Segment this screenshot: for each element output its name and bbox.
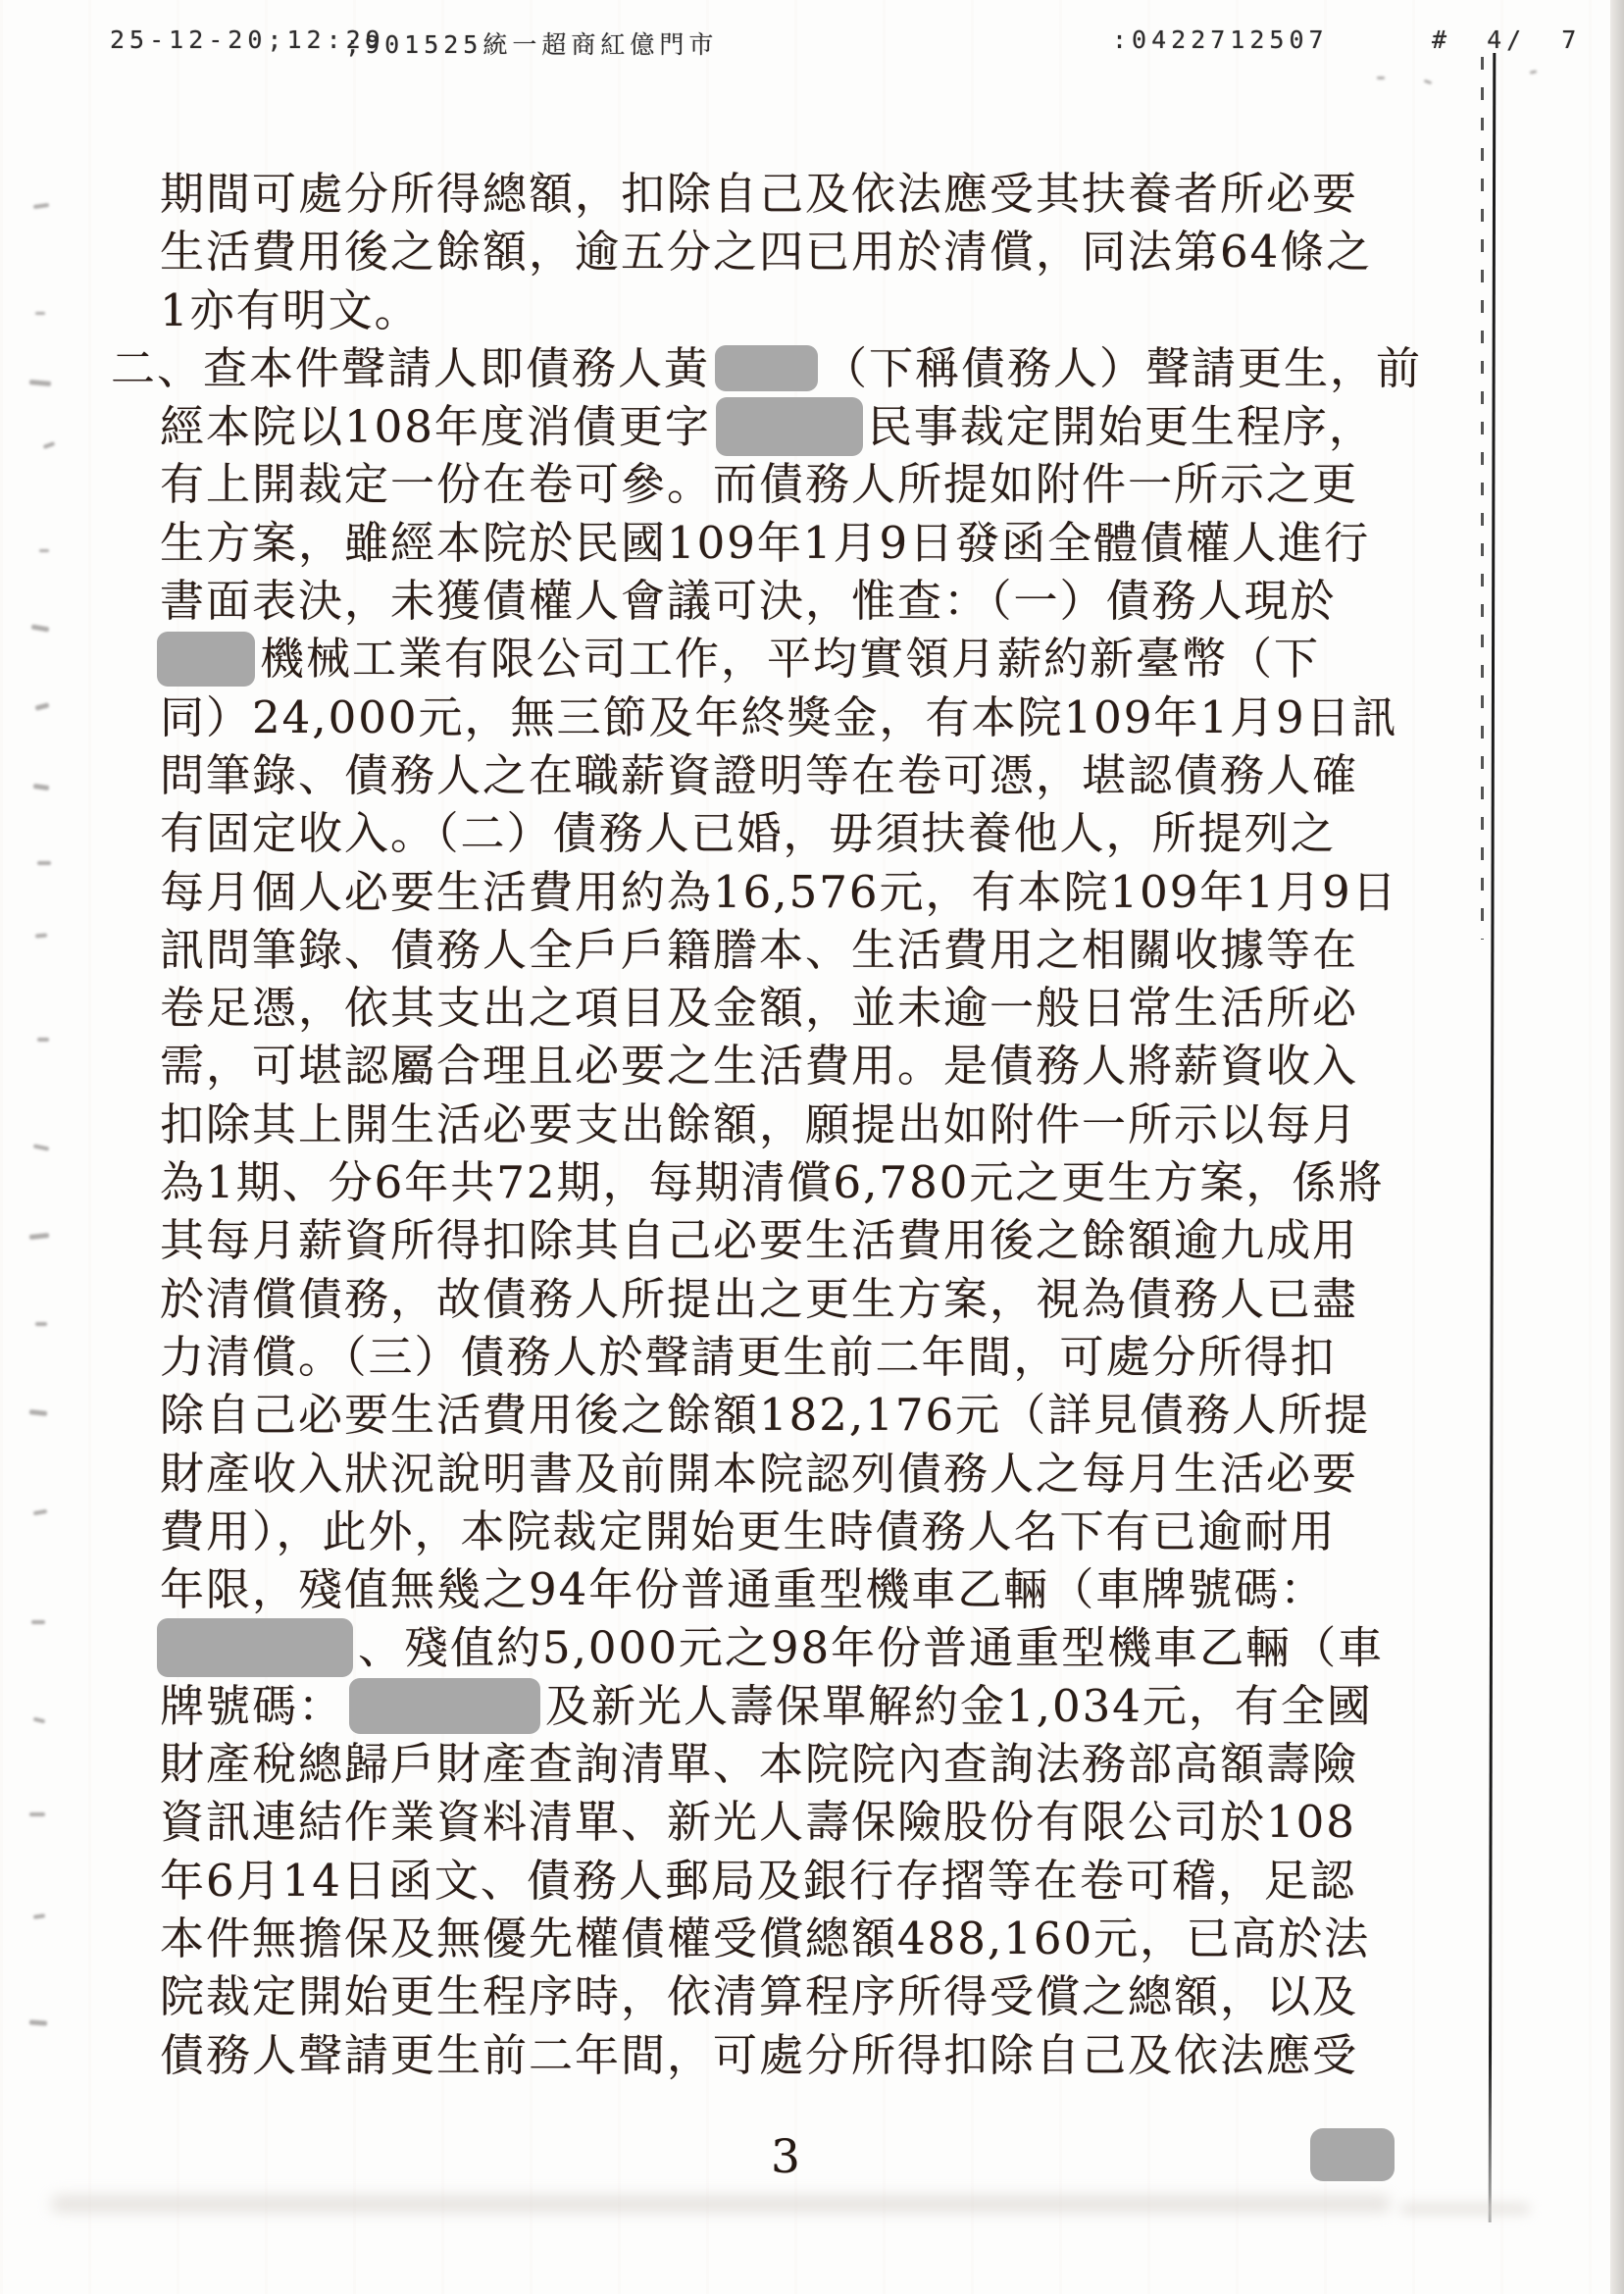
bottom-smudge <box>51 2195 1391 2213</box>
text-run: 年6月14日函文、債務人郵局及銀行存摺等在卷可稽，足認 <box>160 1855 1356 1907</box>
text-line: 1亦有明文。 <box>0 281 1624 339</box>
text-run: 除自己必要生活費用後之餘額182,176元（詳見債務人所提 <box>160 1389 1370 1441</box>
text-run: 需，可堪認屬合理且必要之生活費用。是債務人將薪資收入 <box>160 1040 1358 1092</box>
redaction-box <box>157 632 255 687</box>
fax-header-sender: ;901525統一超商紅億門市 <box>345 25 718 61</box>
text-line: 本件無擔保及無優先權債權受償總額488,160元，已高於法 <box>0 1910 1624 1967</box>
text-line: 為1期、分6年共72期，每期清償6,780元之更生方案，係將 <box>0 1153 1624 1211</box>
text-run: 及新光人壽保單解約金1,034元，有全國 <box>545 1680 1373 1732</box>
text-run: 於清償債務，故債務人所提出之更生方案，視為債務人已盡 <box>160 1273 1358 1325</box>
margin-artifact <box>37 1038 49 1042</box>
text-line: 債務人聲請更生前二年間，可處分所得扣除自己及依法應受 <box>0 2026 1624 2084</box>
text-run: 財產稅總歸戶財產查詢清單、本院院內查詢法務部高額壽險 <box>160 1738 1358 1790</box>
text-line: 經本院以108年度消債更字民事裁定開始更生程序， <box>0 397 1624 455</box>
redaction-box <box>715 345 818 391</box>
text-run: （下稱債務人）聲請更生，前 <box>823 342 1422 394</box>
text-run: 每月個人必要生活費用約為16,576元，有本院109年1月9日 <box>160 866 1398 918</box>
fax-page: 25-12-20;12:29 ;901525統一超商紅億門市 :04227125… <box>0 0 1624 2294</box>
text-run: 機械工業有限公司工作，平均實領月薪約新臺幣（下 <box>260 633 1320 685</box>
fax-header-page-indicator: # 4/ 7 <box>1432 25 1581 54</box>
text-line: 卷足憑，依其支出之項目及金額，並未逾一般日常生活所必 <box>0 979 1624 1037</box>
margin-artifact <box>1424 79 1433 85</box>
margin-artifact <box>31 1620 45 1624</box>
scan-line-dashed <box>1481 57 1484 940</box>
text-line: 於清償債務，故債務人所提出之更生方案，視為債務人已盡 <box>0 1270 1624 1328</box>
document-body: 期間可處分所得總額，扣除自己及依法應受其扶養者所必要生活費用後之餘額，逾五分之四… <box>0 165 1624 2084</box>
text-run: 本件無擔保及無優先權債權受償總額488,160元，已高於法 <box>160 1912 1370 1964</box>
text-line: 除自己必要生活費用後之餘額182,176元（詳見債務人所提 <box>0 1386 1624 1444</box>
text-run: 費用），此外，本院裁定開始更生時債務人名下有已逾耐用 <box>160 1505 1337 1557</box>
text-run: 扣除其上開生活必要支出餘額，願提出如附件一所示以每月 <box>160 1098 1358 1150</box>
text-line: 財產收入狀況說明書及前開本院認列債務人之每月生活必要 <box>0 1445 1624 1503</box>
text-line: 有上開裁定一份在卷可參。而債務人所提如附件一所示之更 <box>0 455 1624 513</box>
text-run: 年限，殘值無幾之94年份普通重型機車乙輛（車牌號碼： <box>160 1563 1326 1615</box>
text-run: 生方案，雖經本院於民國109年1月9日發函全體債權人進行 <box>160 517 1370 569</box>
text-line: 、殘值約5,000元之98年份普通重型機車乙輛（車 <box>0 1618 1624 1676</box>
text-line: 財產稅總歸戶財產查詢清單、本院院內查詢法務部高額壽險 <box>0 1735 1624 1793</box>
margin-artifact <box>1530 70 1537 74</box>
text-line: 牌號碼：及新光人壽保單解約金1,034元，有全國 <box>0 1677 1624 1735</box>
text-line: 需，可堪認屬合理且必要之生活費用。是債務人將薪資收入 <box>0 1037 1624 1095</box>
text-run: 生活費用後之餘額，逾五分之四已用於清償，同法第64條之 <box>160 226 1372 278</box>
text-line: 扣除其上開生活必要支出餘額，願提出如附件一所示以每月 <box>0 1096 1624 1153</box>
text-run: 1亦有明文。 <box>160 284 421 336</box>
margin-artifact <box>39 549 49 552</box>
text-line: 有固定收入。（二）債務人已婚，毋須扶養他人，所提列之 <box>0 804 1624 862</box>
margin-artifact <box>35 1322 47 1326</box>
redaction-box <box>716 397 863 456</box>
text-run: 院裁定開始更生程序時，依清算程序所得受償之總額，以及 <box>160 1970 1358 2022</box>
text-run: 牌號碼： <box>160 1680 344 1732</box>
text-line: 生方案，雖經本院於民國109年1月9日發函全體債權人進行 <box>0 514 1624 572</box>
text-run: 財產收入狀況說明書及前開本院認列債務人之每月生活必要 <box>160 1448 1358 1500</box>
text-line: 其每月薪資所得扣除其自己必要生活費用後之餘額逾九成用 <box>0 1211 1624 1269</box>
redaction-box <box>157 1618 353 1677</box>
text-run: 有上開裁定一份在卷可參。而債務人所提如附件一所示之更 <box>160 458 1358 510</box>
text-run: 卷足憑，依其支出之項目及金額，並未逾一般日常生活所必 <box>160 982 1358 1034</box>
text-run: 、殘值約5,000元之98年份普通重型機車乙輛（車 <box>358 1622 1384 1674</box>
text-line: 書面表決，未獲債權人會議可決，惟查：（一）債務人現於 <box>0 572 1624 630</box>
text-line: 資訊連結作業資料清單、新光人壽保險股份有限公司於108 <box>0 1793 1624 1851</box>
bottom-smudge-right <box>1400 2203 1530 2215</box>
text-run: 二、查本件聲請人即債務人黃 <box>111 342 710 394</box>
text-run: 期間可處分所得總額，扣除自己及依法應受其扶養者所必要 <box>160 168 1358 220</box>
text-run: 力清償。（三）債務人於聲請更生前二年間，可處分所得扣 <box>160 1331 1337 1383</box>
text-run: 書面表決，未獲債權人會議可決，惟查：（一）債務人現於 <box>160 575 1337 627</box>
margin-artifact <box>29 1812 45 1816</box>
scan-edge-right <box>1610 0 1624 2294</box>
text-run: 有固定收入。（二）債務人已婚，毋須扶養他人，所提列之 <box>160 807 1337 859</box>
text-line: 訊問筆錄、債務人全戶戶籍謄本、生活費用之相關收據等在 <box>0 921 1624 979</box>
footer-redaction-box <box>1310 2128 1395 2181</box>
text-line: 院裁定開始更生程序時，依清算程序所得受償之總額，以及 <box>0 1967 1624 2025</box>
text-line: 同）24,000元，無三節及年終獎金，有本院109年1月9日訊 <box>0 688 1624 746</box>
text-line: 問筆錄、債務人之在職薪資證明等在卷可憑，堪認債務人確 <box>0 746 1624 804</box>
text-line: 生活費用後之餘額，逾五分之四已用於清償，同法第64條之 <box>0 223 1624 280</box>
text-line: 二、查本件聲請人即債務人黃（下稱債務人）聲請更生，前 <box>0 339 1624 397</box>
margin-artifact <box>37 861 51 865</box>
text-run: 經本院以108年度消債更字 <box>160 401 711 453</box>
text-line: 每月個人必要生活費用約為16,576元，有本院109年1月9日 <box>0 863 1624 921</box>
text-line: 力清償。（三）債務人於聲請更生前二年間，可處分所得扣 <box>0 1328 1624 1386</box>
text-run: 債務人聲請更生前二年間，可處分所得扣除自己及依法應受 <box>160 2029 1358 2081</box>
margin-artifact <box>35 312 45 315</box>
margin-artifact <box>1377 76 1385 79</box>
fax-header-fax-number: :0422712507 <box>1112 25 1329 54</box>
redaction-box <box>349 1678 540 1734</box>
text-run: 問筆錄、債務人之在職薪資證明等在卷可憑，堪認債務人確 <box>160 749 1358 801</box>
text-run: 為1期、分6年共72期，每期清償6,780元之更生方案，係將 <box>160 1156 1384 1208</box>
text-run: 其每月薪資所得扣除其自己必要生活費用後之餘額逾九成用 <box>160 1214 1358 1266</box>
text-run: 資訊連結作業資料清單、新光人壽保險股份有限公司於108 <box>160 1796 1356 1848</box>
text-run: 訊問筆錄、債務人全戶戶籍謄本、生活費用之相關收據等在 <box>160 924 1358 976</box>
text-line: 年限，殘值無幾之94年份普通重型機車乙輛（車牌號碼： <box>0 1560 1624 1618</box>
text-run: 民事裁定開始更生程序， <box>868 401 1375 453</box>
text-line: 年6月14日函文、債務人郵局及銀行存摺等在卷可稽，足認 <box>0 1852 1624 1910</box>
text-line: 期間可處分所得總額，扣除自己及依法應受其扶養者所必要 <box>0 165 1624 223</box>
text-line: 費用），此外，本院裁定開始更生時債務人名下有已逾耐用 <box>0 1503 1624 1560</box>
text-run: 同）24,000元，無三節及年終獎金，有本院109年1月9日訊 <box>160 691 1398 743</box>
fax-header-datetime: 25-12-20;12:29 <box>110 25 385 54</box>
page-number: 3 <box>771 2130 800 2184</box>
text-line: 機械工業有限公司工作，平均實領月薪約新臺幣（下 <box>0 630 1624 688</box>
